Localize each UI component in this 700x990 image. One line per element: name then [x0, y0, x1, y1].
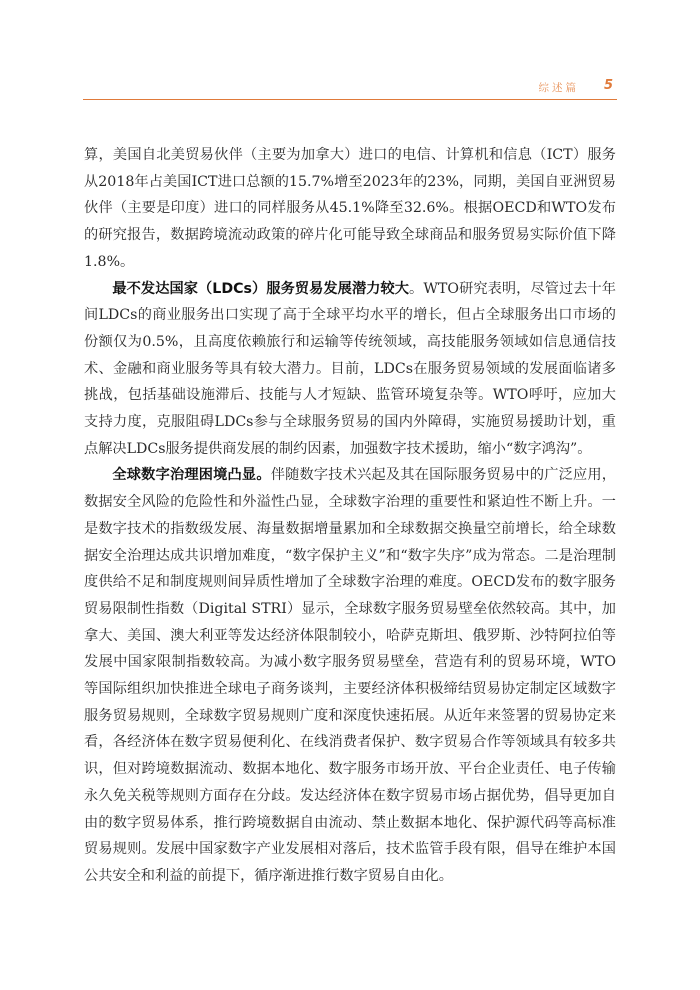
paragraph-text: 伴随数字技术兴起及其在国际服务贸易中的广泛应用，数据安全风险的危险性和外溢性凸显… — [84, 467, 616, 884]
page-header: 综述篇 5 — [83, 78, 617, 100]
paragraph-ldcs: 最不发达国家（LDCs）服务贸易发展潜力较大。WTO研究表明，尽管过去十年间LD… — [84, 276, 616, 463]
paragraph-lead-heading: 最不发达国家（LDCs）服务贸易发展潜力较大 — [112, 281, 409, 297]
section-name: 综述篇 — [539, 80, 580, 95]
paragraph-lead-heading: 全球数字治理困境凸显。 — [112, 467, 270, 483]
body-text: 算，美国自北美贸易伙伴（主要为加拿大）进口的电信、计算机和信息（ICT）服务从2… — [84, 142, 616, 890]
page-number: 5 — [604, 78, 613, 93]
paragraph-text: 算，美国自北美贸易伙伴（主要为加拿大）进口的电信、计算机和信息（ICT）服务从2… — [84, 147, 616, 270]
paragraph-text: 。WTO研究表明，尽管过去十年间LDCs的商业服务出口实现了高于全球平均水平的增… — [84, 281, 616, 457]
paragraph-digital-governance: 全球数字治理困境凸显。伴随数字技术兴起及其在国际服务贸易中的广泛应用，数据安全风… — [84, 462, 616, 889]
paragraph-ict-imports: 算，美国自北美贸易伙伴（主要为加拿大）进口的电信、计算机和信息（ICT）服务从2… — [84, 142, 616, 276]
